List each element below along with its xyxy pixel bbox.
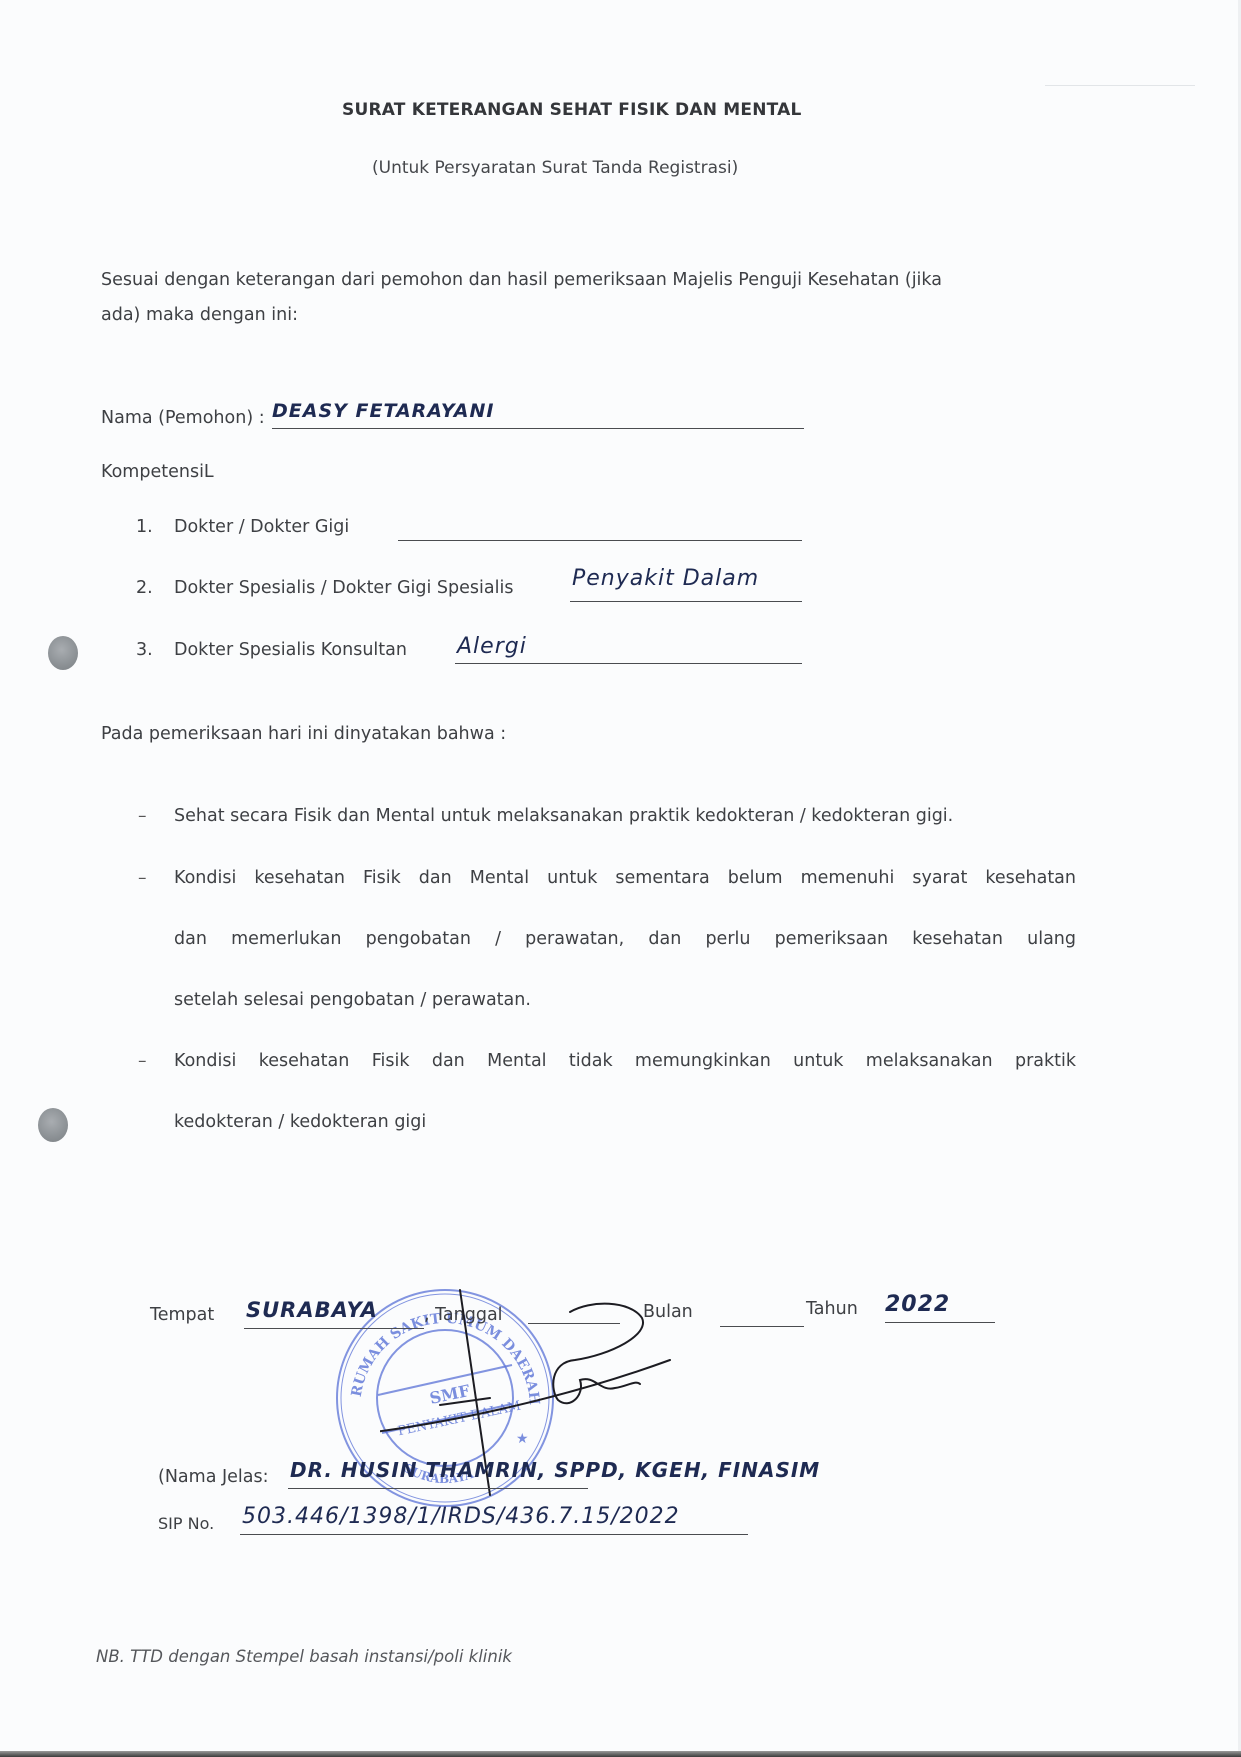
competency-3-number: 3. bbox=[136, 640, 153, 660]
scan-artifact-line bbox=[1045, 85, 1195, 86]
document-subtitle: (Untuk Persyaratan Surat Tanda Registras… bbox=[372, 158, 738, 178]
statement-3-bullet: – bbox=[138, 1051, 147, 1071]
sip-underline bbox=[240, 1534, 748, 1535]
competency-1-number: 1. bbox=[136, 517, 153, 537]
statement-2-line-2: dan memerlukan pengobatan / perawatan, d… bbox=[174, 929, 1076, 949]
year-value[interactable]: 2022 bbox=[885, 1292, 950, 1317]
page-edge-bottom bbox=[0, 1751, 1241, 1757]
competency-3-label: Dokter Spesialis Konsultan bbox=[174, 640, 407, 660]
document-title: SURAT KETERANGAN SEHAT FISIK DAN MENTAL bbox=[342, 100, 802, 120]
statement-2-bullet: – bbox=[138, 868, 147, 888]
statement-3-line-2: kedokteran / kedokteran gigi bbox=[174, 1112, 426, 1132]
punch-hole-top bbox=[48, 636, 78, 670]
signatory-name-value[interactable]: Dr. HUSIN THAMRIN, SpPD, KGEH, FINASIM bbox=[290, 1458, 820, 1482]
competency-2-value[interactable]: Penyakit Dalam bbox=[572, 566, 759, 591]
competency-3-underline bbox=[455, 663, 802, 664]
competency-1-label: Dokter / Dokter Gigi bbox=[174, 517, 349, 537]
statement-2-line-3: setelah selesai pengobatan / perawatan. bbox=[174, 990, 531, 1010]
competency-2-number: 2. bbox=[136, 578, 153, 598]
statement-2-line-1: Kondisi kesehatan Fisik dan Mental untuk… bbox=[174, 868, 1076, 888]
competency-3-value[interactable]: Alergi bbox=[457, 634, 527, 659]
statement-3-line-1: Kondisi kesehatan Fisik dan Mental tidak… bbox=[174, 1051, 1076, 1071]
applicant-name-label: Nama (Pemohon) : bbox=[101, 408, 265, 428]
sip-label: SIP No. bbox=[158, 1514, 214, 1533]
signatory-name-label: (Nama Jelas: bbox=[158, 1467, 269, 1487]
competency-1-underline bbox=[398, 540, 802, 541]
competency-2-label: Dokter Spesialis / Dokter Gigi Spesialis bbox=[174, 578, 513, 598]
year-label: Tahun bbox=[806, 1299, 858, 1319]
statement-1-bullet: – bbox=[138, 806, 147, 826]
place-value[interactable]: SURABAYA bbox=[246, 1298, 378, 1322]
place-label: Tempat bbox=[150, 1305, 214, 1325]
competency-2-underline bbox=[570, 601, 802, 602]
statement-1-line-1: Sehat secara Fisik dan Mental untuk mela… bbox=[174, 806, 953, 826]
statement-intro: Pada pemeriksaan hari ini dinyatakan bah… bbox=[101, 724, 506, 744]
sip-value[interactable]: 503.446/1398/1/IRDS/436.7.15/2022 bbox=[242, 1504, 680, 1529]
applicant-name-value[interactable]: DEASY FETARAYANI bbox=[272, 400, 494, 422]
footnote: NB. TTD dengan Stempel basah instansi/po… bbox=[96, 1647, 512, 1666]
punch-hole-bottom bbox=[38, 1108, 68, 1142]
intro-line-1: Sesuai dengan keterangan dari pemohon da… bbox=[101, 270, 942, 290]
year-underline bbox=[885, 1322, 995, 1323]
intro-line-2: ada) maka dengan ini: bbox=[101, 305, 298, 325]
signatory-name-underline bbox=[288, 1488, 588, 1489]
competency-label: KompetensiL bbox=[101, 462, 214, 482]
applicant-name-underline bbox=[272, 428, 804, 429]
month-underline bbox=[720, 1326, 804, 1327]
